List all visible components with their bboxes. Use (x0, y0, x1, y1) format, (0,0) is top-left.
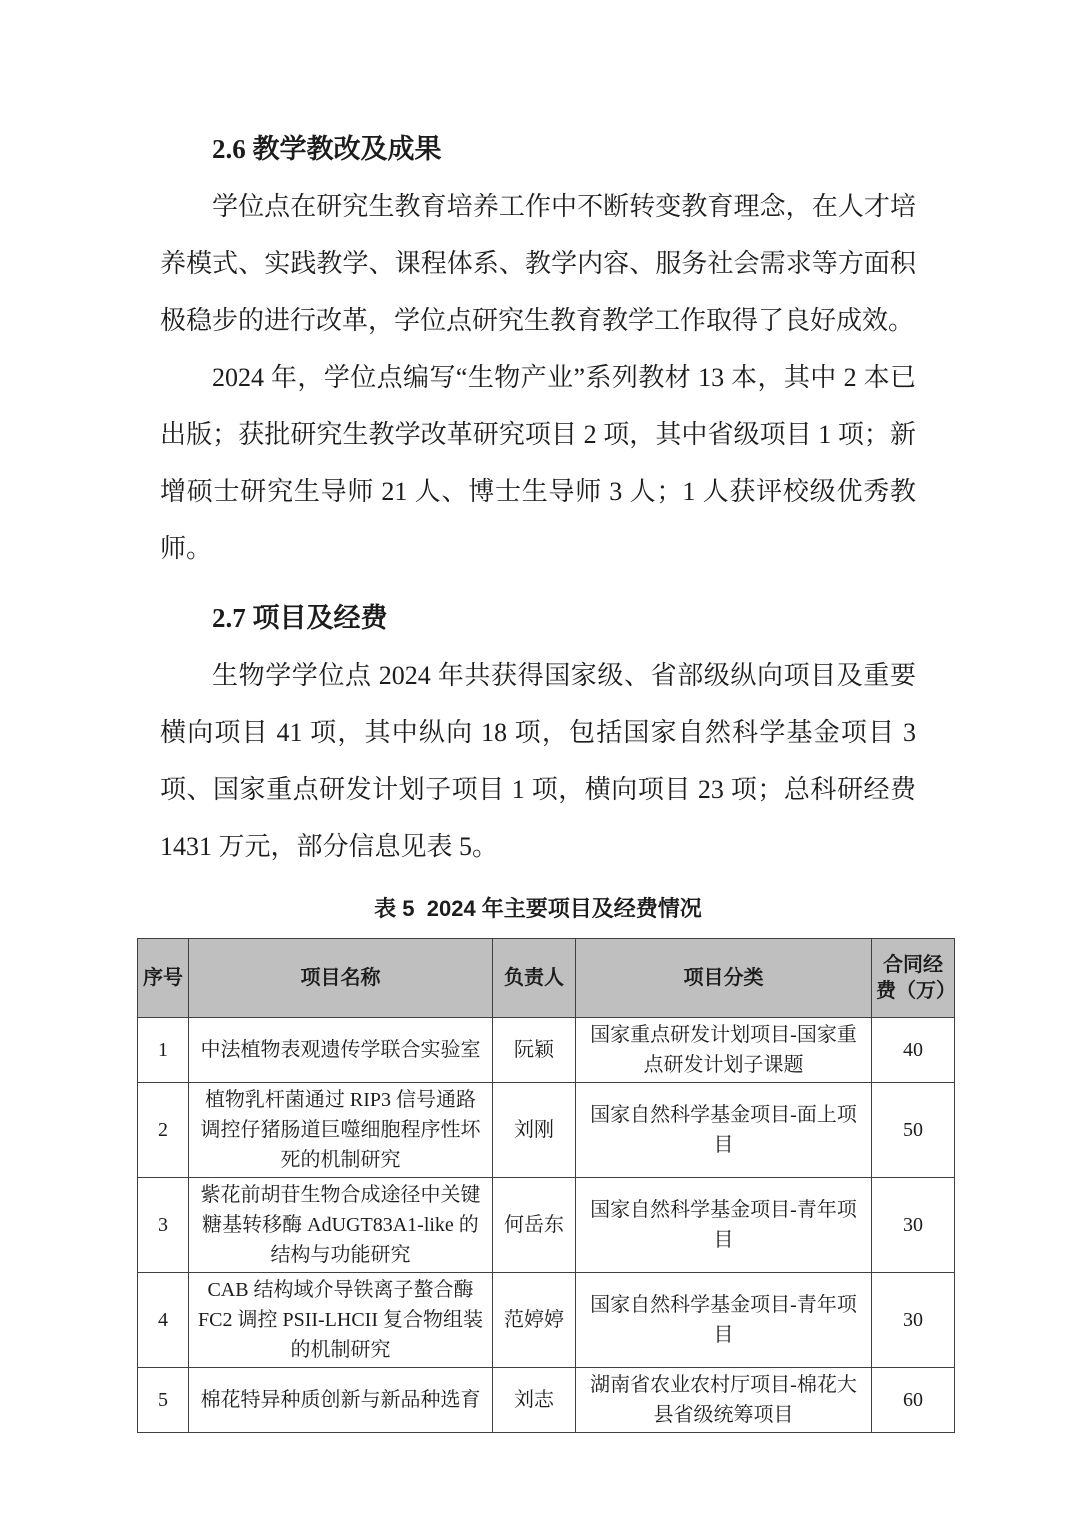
cell-project-name: 中法植物表观遗传学联合实验室 (189, 1018, 493, 1083)
cell-pi: 范婷婷 (493, 1273, 576, 1368)
document-page: 2.6 教学教改及成果 学位点在研究生教育培养工作中不断转变教育理念，在人才培养… (0, 0, 1074, 1433)
cell-pi: 何岳东 (493, 1178, 576, 1273)
cell-fee: 30 (872, 1273, 955, 1368)
table-row: 3 紫花前胡苷生物合成途径中关键糖基转移酶 AdUGT83A1-like 的结构… (138, 1178, 955, 1273)
table-row: 4 CAB 结构域介导铁离子螯合酶 FC2 调控 PSII-LHCII 复合物组… (138, 1273, 955, 1368)
cell-number: 3 (138, 1178, 189, 1273)
cell-category: 国家重点研发计划项目-国家重点研发计划子课题 (576, 1018, 872, 1083)
cell-project-name: CAB 结构域介导铁离子螯合酶 FC2 调控 PSII-LHCII 复合物组装的… (189, 1273, 493, 1368)
cell-pi: 刘刚 (493, 1083, 576, 1178)
cell-pi: 阮颖 (493, 1018, 576, 1083)
table-caption: 表 5 2024 年主要项目及经费情况 (160, 893, 916, 925)
col-header-project-name: 项目名称 (189, 939, 493, 1018)
col-header-fee: 合同经费（万） (872, 939, 955, 1018)
table-header-row: 序号 项目名称 负责人 项目分类 合同经费（万） (138, 939, 955, 1018)
cell-number: 1 (138, 1018, 189, 1083)
cell-category: 国家自然科学基金项目-青年项目 (576, 1178, 872, 1273)
cell-fee: 40 (872, 1018, 955, 1083)
projects-funding-table: 序号 项目名称 负责人 项目分类 合同经费（万） 1 中法植物表观遗传学联合实验… (137, 938, 955, 1433)
section-heading-2-6: 2.6 教学教改及成果 (160, 120, 916, 178)
cell-category: 国家自然科学基金项目-面上项目 (576, 1083, 872, 1178)
cell-category: 国家自然科学基金项目-青年项目 (576, 1273, 872, 1368)
cell-pi: 刘志 (493, 1368, 576, 1433)
table-row: 1 中法植物表观遗传学联合实验室 阮颖 国家重点研发计划项目-国家重点研发计划子… (138, 1018, 955, 1083)
col-header-pi: 负责人 (493, 939, 576, 1018)
paragraph-projects-funding: 生物学学位点 2024 年共获得国家级、省部级纵向项目及重要横向项目 41 项，… (160, 647, 916, 875)
paragraph-teaching-reform: 学位点在研究生教育培养工作中不断转变教育理念，在人才培养模式、实践教学、课程体系… (160, 178, 916, 349)
col-header-number: 序号 (138, 939, 189, 1018)
cell-number: 2 (138, 1083, 189, 1178)
cell-number: 4 (138, 1273, 189, 1368)
cell-fee: 60 (872, 1368, 955, 1433)
section-heading-2-7: 2.7 项目及经费 (160, 589, 916, 647)
cell-number: 5 (138, 1368, 189, 1433)
cell-category: 湖南省农业农村厅项目-棉花大县省级统筹项目 (576, 1368, 872, 1433)
cell-project-name: 紫花前胡苷生物合成途径中关键糖基转移酶 AdUGT83A1-like 的结构与功… (189, 1178, 493, 1273)
cell-project-name: 植物乳杆菌通过 RIP3 信号通路调控仔猪肠道巨噬细胞程序性坏死的机制研究 (189, 1083, 493, 1178)
cell-fee: 50 (872, 1083, 955, 1178)
col-header-category: 项目分类 (576, 939, 872, 1018)
cell-project-name: 棉花特异种质创新与新品种选育 (189, 1368, 493, 1433)
paragraph-2024-achievements: 2024 年，学位点编写“生物产业”系列教材 13 本，其中 2 本已出版；获批… (160, 349, 916, 577)
table-row: 5 棉花特异种质创新与新品种选育 刘志 湖南省农业农村厅项目-棉花大县省级统筹项… (138, 1368, 955, 1433)
cell-fee: 30 (872, 1178, 955, 1273)
table-row: 2 植物乳杆菌通过 RIP3 信号通路调控仔猪肠道巨噬细胞程序性坏死的机制研究 … (138, 1083, 955, 1178)
